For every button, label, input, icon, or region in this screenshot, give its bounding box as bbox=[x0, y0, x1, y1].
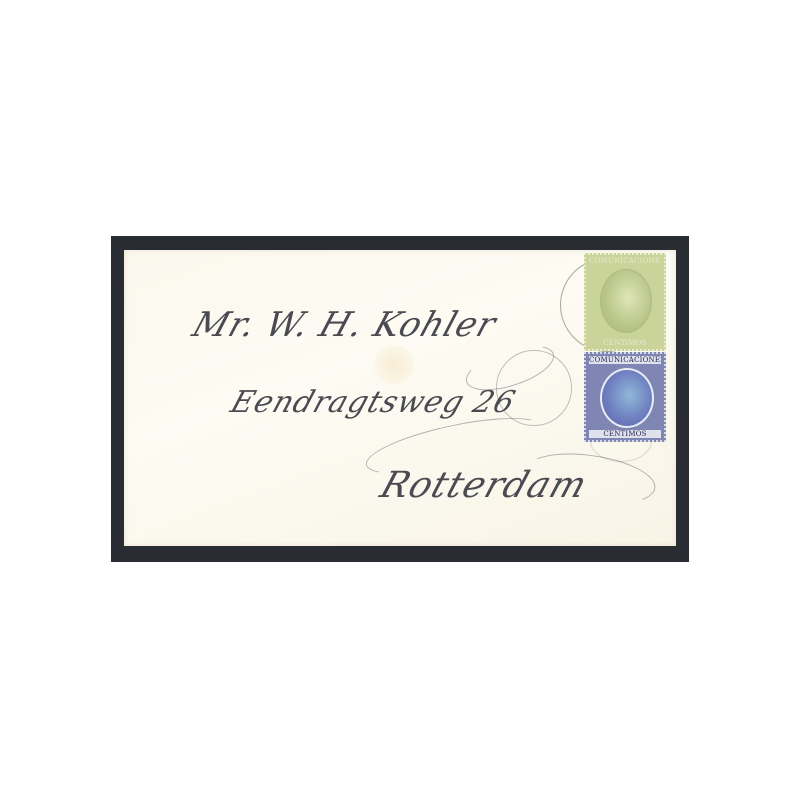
envelope: COMUNICACIONES CENTIMOS COMUNICACIONES C… bbox=[124, 250, 676, 546]
stamp-top-label: COMUNICACIONES bbox=[589, 257, 661, 265]
stamp-portrait bbox=[600, 368, 654, 428]
address-recipient: Mr. W. H. Kohler bbox=[188, 305, 502, 345]
green-stamp: COMUNICACIONES CENTIMOS bbox=[584, 253, 666, 351]
blue-stamp: COMUNICACIONES CENTIMOS bbox=[584, 352, 666, 442]
stamp-bottom-label: CENTIMOS bbox=[589, 430, 661, 438]
stamp-top-label: COMUNICACIONES bbox=[589, 356, 661, 364]
stamp-bottom-label: CENTIMOS bbox=[589, 339, 661, 347]
paper-stain bbox=[374, 345, 414, 385]
address-street: Eendragtsweg 26 bbox=[226, 385, 520, 420]
stamp-portrait bbox=[600, 269, 652, 333]
